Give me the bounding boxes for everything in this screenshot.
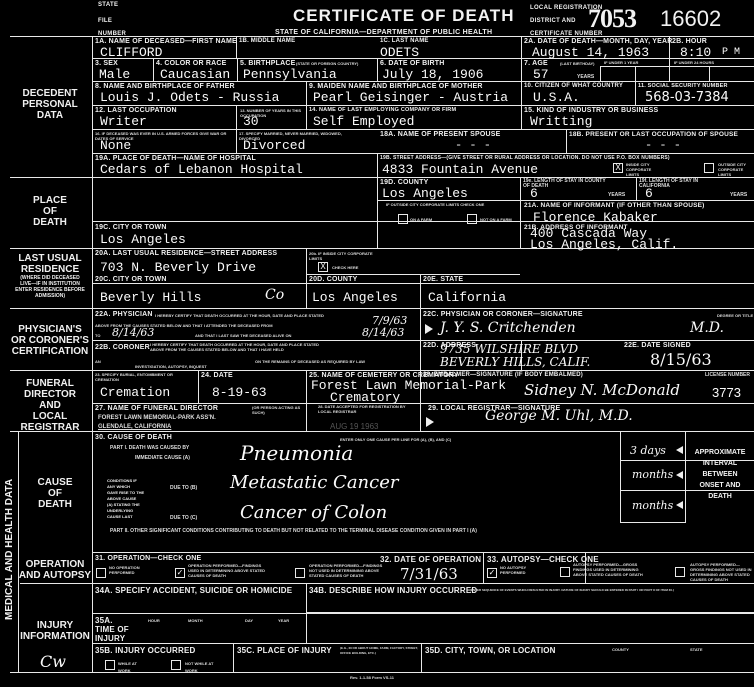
label-26: 26. EMBALMER—SIGNATURE (IF BODY EMBALMED… — [423, 372, 583, 378]
value-date-signed: 8/15/63 — [650, 350, 712, 369]
value-residence-city: Beverly Hills — [100, 290, 201, 305]
arrow-left-icon — [676, 501, 683, 509]
label-license: LICENSE NUMBER — [705, 373, 750, 378]
value-stay-county: 6 — [530, 186, 538, 201]
divider — [92, 552, 754, 553]
divider — [92, 340, 754, 341]
value-cause-b: Metastatic Cancer — [230, 472, 398, 493]
unit-stay-california: YEARS — [730, 193, 747, 198]
value-death-county: Los Angeles — [382, 186, 468, 201]
label-31: 31. OPERATION—CHECK ONE — [95, 555, 201, 562]
text-22a-4: AND THAT I LAST SAW THE DECEASED ALIVE O… — [195, 333, 291, 338]
divider — [306, 274, 520, 275]
divider — [92, 105, 754, 106]
label-14: 14. NAME OF LAST EMPLOYING COMPANY OR FI… — [309, 107, 456, 113]
label-20d: 20d. COUNTY — [309, 276, 358, 283]
value-interval-b: months — [632, 468, 673, 481]
divider — [233, 643, 234, 672]
initials-mark: Cw — [40, 652, 66, 671]
text-22b-2: ABOVE FROM THE CAUSES STATED BELOW AND T… — [150, 347, 284, 352]
value-degree: M.D. — [690, 320, 724, 336]
divider — [709, 66, 710, 81]
value-occupation: Writer — [100, 114, 147, 129]
arrow-left-icon — [676, 471, 683, 479]
label-35a: 35a. TIME OF INJURY — [95, 616, 135, 643]
value-date-of-birth: July 18, 1906 — [382, 67, 483, 82]
sublabel-5: (STATE OR FOREIGN COUNTRY) — [296, 61, 358, 66]
unit-age: YEARS — [577, 75, 594, 80]
divider — [566, 129, 567, 153]
value-stay-california: 6 — [645, 186, 653, 201]
label-22a: 22a. PHYSICIAN — [95, 311, 153, 318]
checkbox-operation-used[interactable]: ✓ — [175, 568, 185, 578]
divider — [10, 308, 754, 309]
certificate-number: 16602 — [660, 6, 721, 32]
value-license: 3773 — [712, 385, 741, 400]
divider — [10, 431, 754, 432]
unit-stay-county: YEARS — [608, 193, 625, 198]
value-informant-address-2: Los Angeles, Calif. — [530, 237, 678, 252]
divider — [92, 283, 754, 284]
divider — [620, 522, 686, 523]
divider — [10, 36, 754, 37]
label-operation-not-used: OPERATION PERFORMED—FINDINGS NOT USED IN… — [309, 563, 384, 578]
conditions-text: CONDITIONS IF ANY WHICH GAVE RISE TO THE… — [107, 478, 144, 520]
label-18b: 18b. PRESENT OR LAST OCCUPATION OF SPOUS… — [569, 131, 738, 138]
value-interval-a: 3 days — [630, 444, 666, 457]
label-no-autopsy: NO AUTOPSY PERFORMED — [500, 565, 530, 575]
label-20c: 20c. CITY OR TOWN — [95, 276, 167, 283]
value-informant: Florence Kabaker — [533, 210, 658, 225]
label-19a: 19a. PLACE OF DEATH—NAME OF HOSPITAL — [95, 155, 256, 162]
label-22b: 22b. CORONER — [95, 344, 150, 351]
value-spouse: - - - — [455, 138, 491, 152]
footer-form-number: Rev. 1-1-58 Form VS-11 — [350, 675, 394, 680]
value-mother: Pearl Geisinger - Austria — [313, 90, 508, 105]
label-autopsy-not-used: AUTOPSY PERFORMED—GROSS FINDINGS NOT USE… — [690, 562, 754, 582]
label-not-while-at-work: NOT WHILE AT WORK — [185, 660, 220, 674]
label-20a: 20a. LAST USUAL RESIDENCE—STREET ADDRESS — [95, 250, 277, 257]
section-last-residence: LAST USUAL RESIDENCE (WHERE DID DECEASED… — [10, 253, 90, 299]
document-subtitle: STATE OF CALIFORNIA—DEPARTMENT OF PUBLIC… — [275, 29, 492, 36]
value-operation-date: 7/31/63 — [400, 565, 458, 583]
checkbox-residence-inside-city[interactable]: X — [318, 262, 328, 272]
divider — [92, 613, 754, 614]
value-sex: Male — [99, 67, 130, 82]
label-operation-used: OPERATION PERFORMED—FINDINGS USED IN DET… — [188, 563, 268, 578]
label-34b: 34b. DESCRIBE HOW INJURY OCCURRED — [309, 586, 477, 595]
divider — [520, 177, 521, 200]
label-28: 28. DATE ACCEPTED FOR REGISTRATION BY LO… — [318, 404, 418, 414]
divider — [92, 403, 754, 404]
divider — [92, 37, 93, 672]
value-last-name: ODETS — [380, 45, 419, 60]
label-immediate: IMMEDIATE CAUSE (A) — [135, 456, 190, 461]
checkbox-autopsy-used[interactable] — [560, 567, 570, 577]
section-cause: CAUSE OF DEATH — [18, 477, 92, 510]
signature-embalmer: Sidney N. McDonald — [524, 381, 680, 399]
checkbox-inside-city[interactable]: X — [613, 163, 623, 173]
value-marital-status: Divorced — [243, 138, 305, 153]
signature-physician: J. Y. S. Critchenden — [440, 320, 576, 336]
value-residence-street: 703 N. Beverly Drive — [100, 260, 256, 275]
label-23: 23. SPECIFY BURIAL, ENTOMBMENT OR CREMAT… — [95, 372, 185, 382]
value-last-seen: 8/14/63 — [362, 326, 404, 339]
label-20b-outside: IF OUTSIDE CITY CORPORATE LIMITS CHECK O… — [386, 202, 486, 207]
value-hour: 8:10 — [680, 45, 711, 60]
value-residence-county: Los Angeles — [312, 290, 398, 305]
value-funeral-director-1: FOREST LAWN MEMORIAL-PARK ASS'N. — [98, 416, 216, 421]
label-21a: 21a. NAME OF INFORMANT (IF OTHER THAN SP… — [524, 202, 705, 209]
divider — [237, 58, 238, 81]
instruction-30: ENTER ONLY ONE CAUSE PER LINE FOR (A), (… — [340, 437, 451, 442]
sublabel-35c: (E.G., IN OR ABOUT HOME, FARM, FACTORY, … — [340, 646, 420, 656]
value-attended-to: 8/14/63 — [112, 326, 154, 339]
value-spouse-occupation: - - - — [645, 138, 681, 152]
divider — [420, 403, 421, 431]
divider — [20, 583, 754, 584]
divider — [377, 58, 378, 81]
checkbox-no-autopsy[interactable]: ✓ — [487, 568, 497, 578]
divider — [92, 58, 754, 59]
divider — [420, 274, 421, 308]
value-physician-address-1: 9735 WILSHIRE BLVD — [440, 342, 578, 356]
label-inside-city: INSIDE CITY CORPORATE LIMITS — [626, 162, 660, 177]
divider — [92, 129, 754, 130]
divider — [635, 81, 636, 105]
checkbox-while-at-work[interactable] — [105, 660, 115, 670]
divider — [153, 58, 154, 81]
value-armed-forces: None — [100, 138, 131, 153]
divider — [520, 200, 521, 248]
section-place-of-death: PLACE OF DEATH — [10, 195, 90, 228]
value-registration-date: AUG 19 1963 — [330, 422, 378, 431]
value-death-street: 4833 Fountain Avenue — [382, 162, 538, 177]
divider — [306, 248, 307, 308]
label-12: 12. LAST OCCUPATION — [95, 107, 177, 114]
label-20b: 20b. IF INSIDE CITY CORPORATE LIMITS — [309, 251, 375, 261]
value-employer: Self Employed — [313, 114, 414, 129]
label-22e: 22e. DATE SIGNED — [624, 342, 691, 349]
label-35b: 35b. INJURY OCCURRED — [95, 646, 195, 655]
label-1b: 1b. MIDDLE NAME — [239, 38, 295, 44]
checkbox-not-on-farm[interactable] — [467, 214, 477, 224]
label-10: 10. CITIZEN OF WHAT COUNTRY — [524, 83, 623, 89]
label-32: 32. DATE OF OPERATION — [380, 555, 481, 564]
label-1c: 1c. LAST NAME — [380, 38, 429, 44]
value-interval-c: months — [632, 499, 673, 512]
divider — [306, 81, 307, 129]
checkbox-on-farm[interactable] — [398, 214, 408, 224]
label-due-c: DUE TO (C) — [170, 516, 197, 521]
label-18a: 18a. NAME OF PRESENT SPOUSE — [380, 131, 501, 138]
label-19c: 19c. CITY OR TOWN — [95, 224, 167, 231]
label-while-at-work: WHILE AT WORK — [118, 660, 143, 674]
label-20e: 20e. STATE — [423, 276, 463, 283]
label-35a-year: YEAR — [278, 618, 289, 623]
label-part-2: PART II. OTHER SIGNIFICANT CONDITIONS CO… — [110, 529, 477, 534]
text-22b-5: INVESTIGATION, AUTOPSY, INQUEST — [135, 364, 207, 369]
text-22b-3: AN — [95, 359, 101, 364]
value-death-city: Los Angeles — [100, 232, 186, 247]
checkbox-no-operation[interactable] — [96, 568, 106, 578]
label-not-on-farm: NOT ON A FARM — [480, 217, 512, 222]
label-2b: 2b. HOUR — [672, 38, 707, 45]
value-disposition-date: 8-19-63 — [212, 385, 267, 400]
divider — [198, 370, 199, 403]
divider — [421, 643, 422, 672]
label-3: 3. SEX — [95, 60, 118, 67]
document-title: CERTIFICATE OF DEATH — [293, 6, 514, 26]
label-30: 30. CAUSE OF DEATH — [95, 434, 172, 441]
label-7: 7. AGE — [524, 60, 548, 67]
checkbox-outside-city[interactable] — [704, 163, 714, 173]
arrow-pointer-icon — [425, 324, 433, 334]
value-first-name: CLIFFORD — [100, 45, 162, 60]
divider — [483, 553, 484, 583]
label-15: 15. KIND OF INDUSTRY OR BUSINESS — [524, 107, 658, 114]
label-outside-city: OUTSIDE CITY CORPORATE LIMITS — [718, 162, 752, 177]
value-physician-address-2: BEVERLY HILLS, CALIF. — [440, 355, 590, 369]
text-22b-4: ON THE REMAINS OF DECEASED AS REQUIRED B… — [255, 359, 365, 364]
signature-registrar: George M. Uhl, M.D. — [485, 408, 633, 424]
value-birthplace: Pennsylvania — [243, 67, 337, 82]
divider — [635, 66, 636, 81]
interval-label: APPROXIMATE INTERVAL BETWEEN ONSET AND D… — [686, 447, 754, 502]
section-physician: PHYSICIAN'S OR CORONER'S CERTIFICATION — [10, 324, 90, 357]
section-funeral: FUNERAL DIRECTOR AND LOCAL REGISTRAR — [10, 378, 90, 433]
label-35d: 35d. CITY, TOWN, OR LOCATION — [425, 646, 556, 655]
value-date-of-death: August 14, 1963 — [532, 45, 649, 60]
divider — [92, 153, 754, 154]
label-35a-day: DAY — [245, 618, 253, 623]
label-degree: DEGREE OR TITLE — [717, 313, 753, 318]
divider — [521, 37, 522, 81]
label-35c: 35c. PLACE OF INJURY — [237, 646, 332, 655]
label-no-operation: NO OPERATION PERFORMED — [109, 565, 141, 575]
arrow-pointer-icon — [426, 417, 434, 427]
value-industry: Writting — [530, 114, 592, 129]
label-9: 9. MAIDEN NAME AND BIRTHPLACE OF MOTHER — [309, 83, 483, 90]
text-22a-3: TO — [95, 333, 100, 338]
label-19d: 19d. COUNTY — [380, 179, 429, 186]
label-11: 11. SOCIAL SECURITY NUMBER — [638, 83, 728, 89]
label-35a-hour: HOUR — [148, 618, 160, 623]
label-on-farm: ON A FARM — [410, 217, 432, 222]
label-6: 6. DATE OF BIRTH — [380, 60, 445, 67]
label-check-here: CHECK HERE — [332, 265, 358, 270]
section-medical-vertical: MEDICAL AND HEALTH DATA — [4, 479, 15, 620]
label-27: 27. NAME OF FUNERAL DIRECTOR — [95, 405, 218, 412]
divider — [420, 308, 421, 370]
sublabel-34b: (ENTER SEQUENCE OF EVENTS WHICH RESULTED… — [470, 588, 674, 593]
label-35d-county: COUNTY — [612, 647, 629, 652]
value-years-occupation: 30 — [243, 114, 259, 129]
divider — [306, 370, 307, 431]
divider — [306, 584, 307, 643]
divider — [521, 105, 522, 129]
checkbox-autopsy-not-used[interactable] — [675, 567, 685, 577]
sublabel-7: (LAST BIRTHDAY) — [560, 61, 595, 66]
value-hour-ampm: P M — [722, 47, 740, 58]
label-22c: 22c. PHYSICIAN OR CORONER—SIGNATURE — [423, 311, 583, 318]
checkbox-operation-not-used[interactable] — [295, 568, 305, 578]
section-decedent: DECEDENT PERSONAL DATA — [10, 88, 90, 121]
section-operation: OPERATION AND AUTOPSY — [18, 559, 92, 581]
value-ssn: 568-03-7384 — [645, 90, 729, 105]
section-injury: INJURY INFORMATION — [18, 620, 92, 642]
label-24: 24. DATE — [201, 372, 233, 379]
value-hospital: Cedars of Lebanon Hospital — [100, 162, 303, 177]
district-number: 7053 — [588, 4, 636, 34]
sublabel-27: (OR PERSON ACTING AS SUCH) — [252, 405, 302, 415]
label-34a: 34a. SPECIFY ACCIDENT, SUICIDE OR HOMICI… — [95, 586, 292, 595]
label-under-24-hours: IF UNDER 24 HOURS — [674, 60, 714, 65]
annotation-co: Co — [265, 287, 284, 303]
value-race: Caucasian — [160, 67, 230, 82]
label-5: 5. BIRTHPLACE — [240, 60, 296, 67]
value-age: 57 — [533, 67, 549, 82]
label-1a: 1a. NAME OF DECEASED—FIRST NAME — [95, 38, 237, 45]
divider — [10, 370, 754, 371]
value-funeral-director-2: GLENDALE, CALIFORNIA — [98, 425, 171, 430]
divider — [236, 105, 237, 129]
value-residence-state: California — [428, 290, 506, 305]
label-under-1-year: IF UNDER 1 YEAR — [604, 60, 638, 65]
label-4: 4. COLOR OR RACE — [156, 60, 226, 67]
divider — [600, 66, 754, 67]
value-cemetery-2: Crematory — [330, 390, 400, 405]
divider — [636, 177, 637, 200]
value-cause-c: Cancer of Colon — [240, 502, 387, 523]
label-8: 8. NAME AND BIRTHPLACE OF FATHER — [95, 83, 235, 90]
label-35d-state: STATE — [690, 647, 703, 652]
text-22a-1: I HEREBY CERTIFY THAT DEATH OCCURRED AT … — [155, 313, 324, 318]
label-2a: 2a. DATE OF DEATH—MONTH, DAY, YEAR — [524, 38, 673, 45]
divider — [521, 81, 522, 105]
value-citizenship: U.S.A. — [533, 90, 580, 105]
divider — [236, 129, 237, 153]
arrow-left-icon — [676, 446, 683, 454]
label-part-1: PART I. DEATH WAS CAUSED BY — [110, 446, 189, 451]
label-19b: 19b. STREET ADDRESS—(GIVE STREET OR RURA… — [380, 155, 670, 161]
label-autopsy-used: AUTOPSY PERFORMED—GROSS FINDINGS USED IN… — [573, 562, 653, 577]
label-due-b: DUE TO (B) — [170, 486, 197, 491]
divider — [600, 66, 601, 81]
divider — [306, 612, 754, 613]
value-disposition: Cremation — [100, 385, 170, 400]
divider — [92, 643, 754, 644]
checkbox-not-while-at-work[interactable] — [171, 660, 181, 670]
divider — [620, 432, 621, 522]
label-35a-month: MONTH — [188, 618, 203, 623]
value-cause-a: Pneumonia — [240, 441, 353, 465]
value-father: Louis J. Odets - Russia — [100, 90, 279, 105]
